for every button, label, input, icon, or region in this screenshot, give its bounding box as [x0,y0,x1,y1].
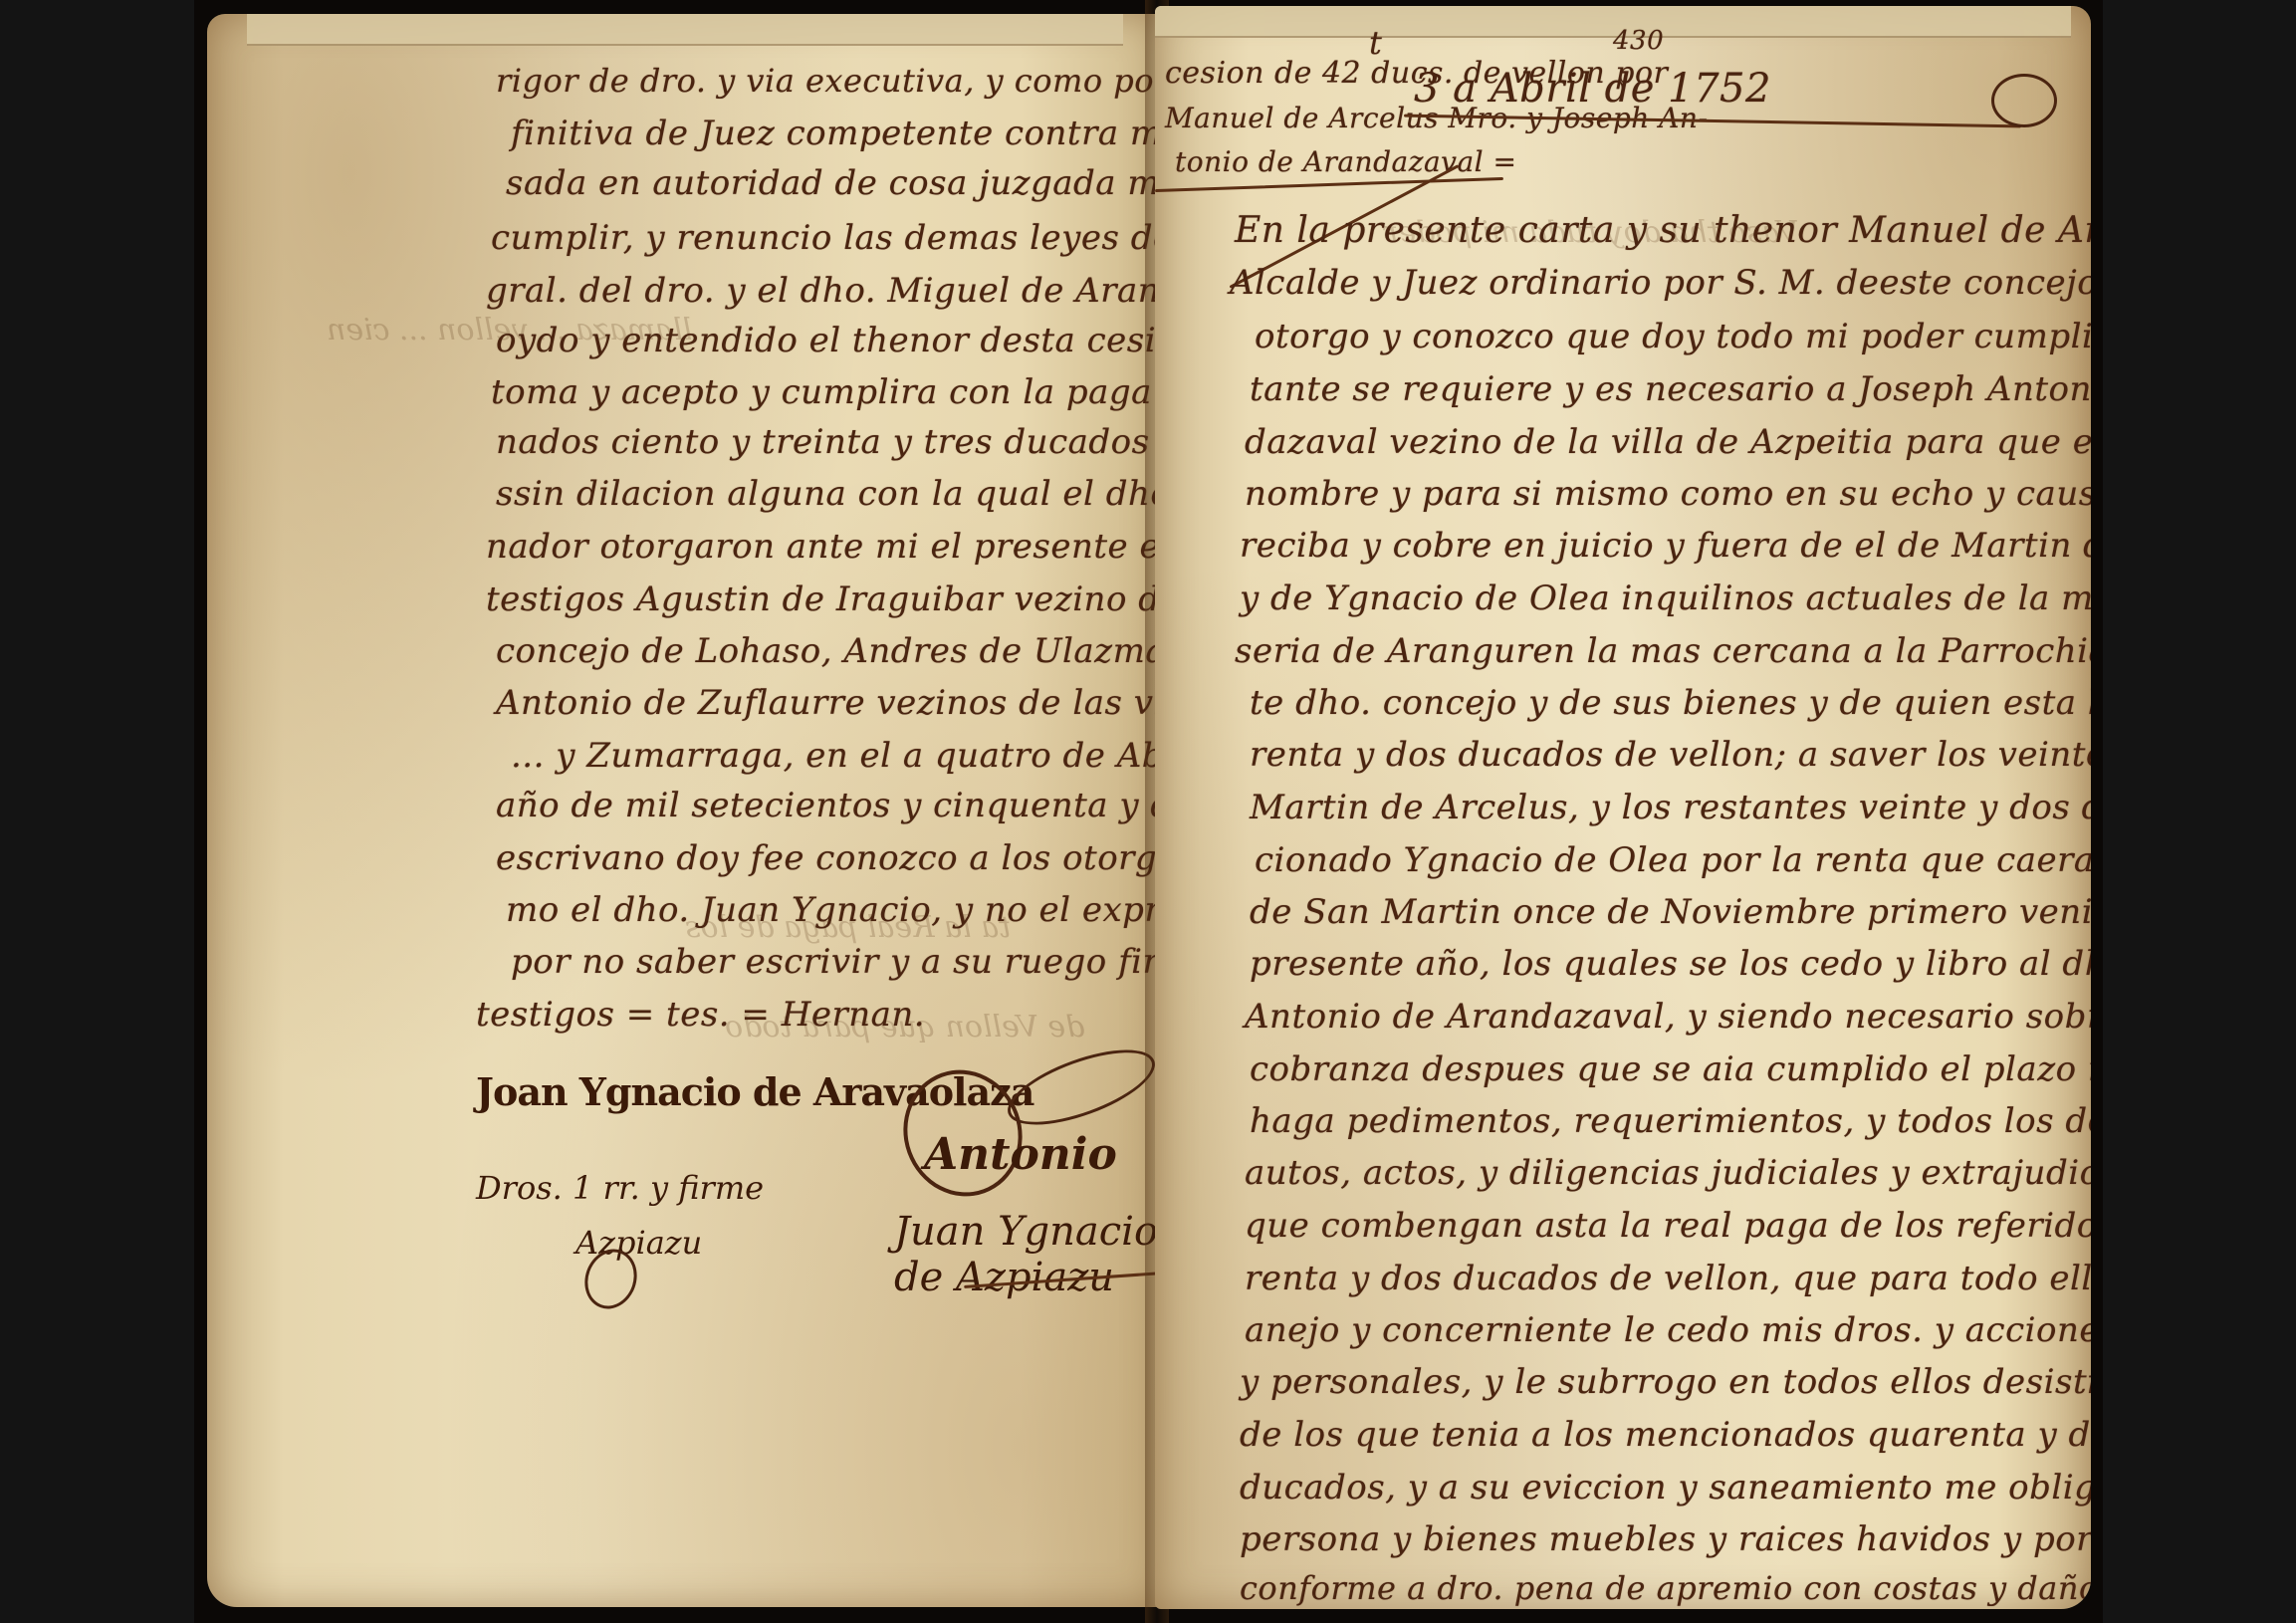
text-line: ssin dilacion alguna con la qual el dho.… [496,474,1163,514]
text-line: ducados, y a su eviccion y saneamiento m… [1240,1468,2091,1507]
text-line: Antonio de Zuflaurre vezinos de las vill… [496,683,1163,723]
text-line: otorgo y conozco que doy todo mi poder c… [1255,317,2091,356]
text-line: toma y acepto y cumplira con la paga de … [491,372,1163,412]
right-page: Vaso tha doy tuda mi poder cesion de 42 … [1155,6,2091,1609]
text-line: cionado Ygnacio de Olea por la renta que… [1255,840,2091,880]
text-line: nombre y para si mismo como en su echo y… [1245,474,2091,514]
date-heading: 3 a Abril de 1752 [1414,66,1771,112]
text-line: anejo y concerniente le cedo mis dros. y… [1245,1310,2091,1350]
text-line: te dho. concejo y de sus bienes y de qui… [1250,683,2091,723]
text-line: de San Martin once de Noviembre primero … [1250,892,2091,932]
notary-signature-full: Juan Ygnacio de Azpiazu [894,1209,1163,1300]
text-line: concejo de Lohaso, Andres de Ulazmaga mr… [496,631,1163,671]
folio-number: 430 [1613,26,1664,56]
text-line: rigor de dro. y via executiva, y como po… [496,62,1163,100]
text-line: Alcalde y Juez ordinario por S. M. deest… [1230,263,2091,303]
text-line: finitiva de Juez competente contra mi da… [511,114,1163,153]
left-page: llamaza ... vellon ... cien ta la Real p… [207,14,1163,1607]
text-line: nados ciento y treinta y tres ducados a … [496,422,1163,462]
fee-note: Dros. 1 rr. y firme [476,1169,764,1207]
text-line: presente año, los quales se los cedo y l… [1250,944,2091,984]
text-line: En la presente carta y su thenor Manuel … [1235,210,2091,251]
text-line: seria de Aranguren la mas cercana a la P… [1235,631,2091,671]
text-line: gral. del dro. y el dho. Miguel de Aranz… [486,271,1163,311]
text-line: testigos Agustin de Iraguibar vezino dee… [486,580,1163,619]
text-line: ... y Zumarraga, en el a quatro de Abril… [511,736,1163,776]
text-line: de los que tenia a los mencionados quare… [1240,1415,2091,1455]
text-line: testigos = tes. = Hernan. [476,995,925,1035]
text-line: autos, actos, y diligencias judiciales y… [1245,1153,2091,1193]
text-line: renta y dos ducados de vellon; a saver l… [1250,735,2091,775]
header-fragment: tonio de Arandazaval = [1175,145,1516,178]
text-line: y personales, y le subrrogo en todos ell… [1240,1362,2091,1402]
text-line: cumplir, y renuncio las demas leyes de m… [491,218,1163,258]
text-line: y de Ygnacio de Olea inquilinos actuales… [1240,579,2091,618]
text-line: por no saber escrivir y a su ruego firmo… [511,942,1163,982]
marginal-letter: t [1369,24,1382,62]
text-line: haga pedimentos, requerimientos, y todos… [1250,1101,2091,1141]
text-line: conforme a dro. pena de apremio con cost… [1240,1569,2091,1607]
text-line: oydo y entendido el thenor desta cesion … [496,321,1163,360]
text-line: cobranza despues que se aia cumplido el … [1250,1049,2091,1089]
text-line: reciba y cobre en juicio y fuera de el d… [1240,526,2091,566]
text-line: dazaval vezino de la villa de Azpeitia p… [1245,422,2091,462]
text-line: tante se requiere y es necesario a Josep… [1250,369,2091,409]
text-line: mo el dho. Juan Ygnacio, y no el expresa… [506,890,1163,930]
notary-signature: Antonio [924,1129,1117,1180]
text-line: año de mil setecientos y cinquenta y dos… [496,786,1163,825]
text-line: escrivano doy fee conozco a los otorgant… [496,838,1163,878]
text-line: persona y bienes muebles y raices havido… [1240,1519,2091,1559]
text-line: que combengan asta la real paga de los r… [1245,1206,2091,1246]
date-flourish [1991,74,2057,127]
text-line: nador otorgaron ante mi el presente escr… [486,527,1163,567]
text-line: Antonio de Arandazaval, y siendo necesar… [1245,997,2091,1037]
notary-flourish [999,1035,1163,1140]
text-line: sada en autoridad de cosa juzgada me lo … [506,163,1163,203]
text-line: renta y dos ducados de vellon, que para … [1245,1259,2091,1298]
torn-edge [247,14,1123,46]
text-line: Martin de Arcelus, y los restantes veint… [1250,788,2091,827]
header-underline [1155,177,1503,192]
